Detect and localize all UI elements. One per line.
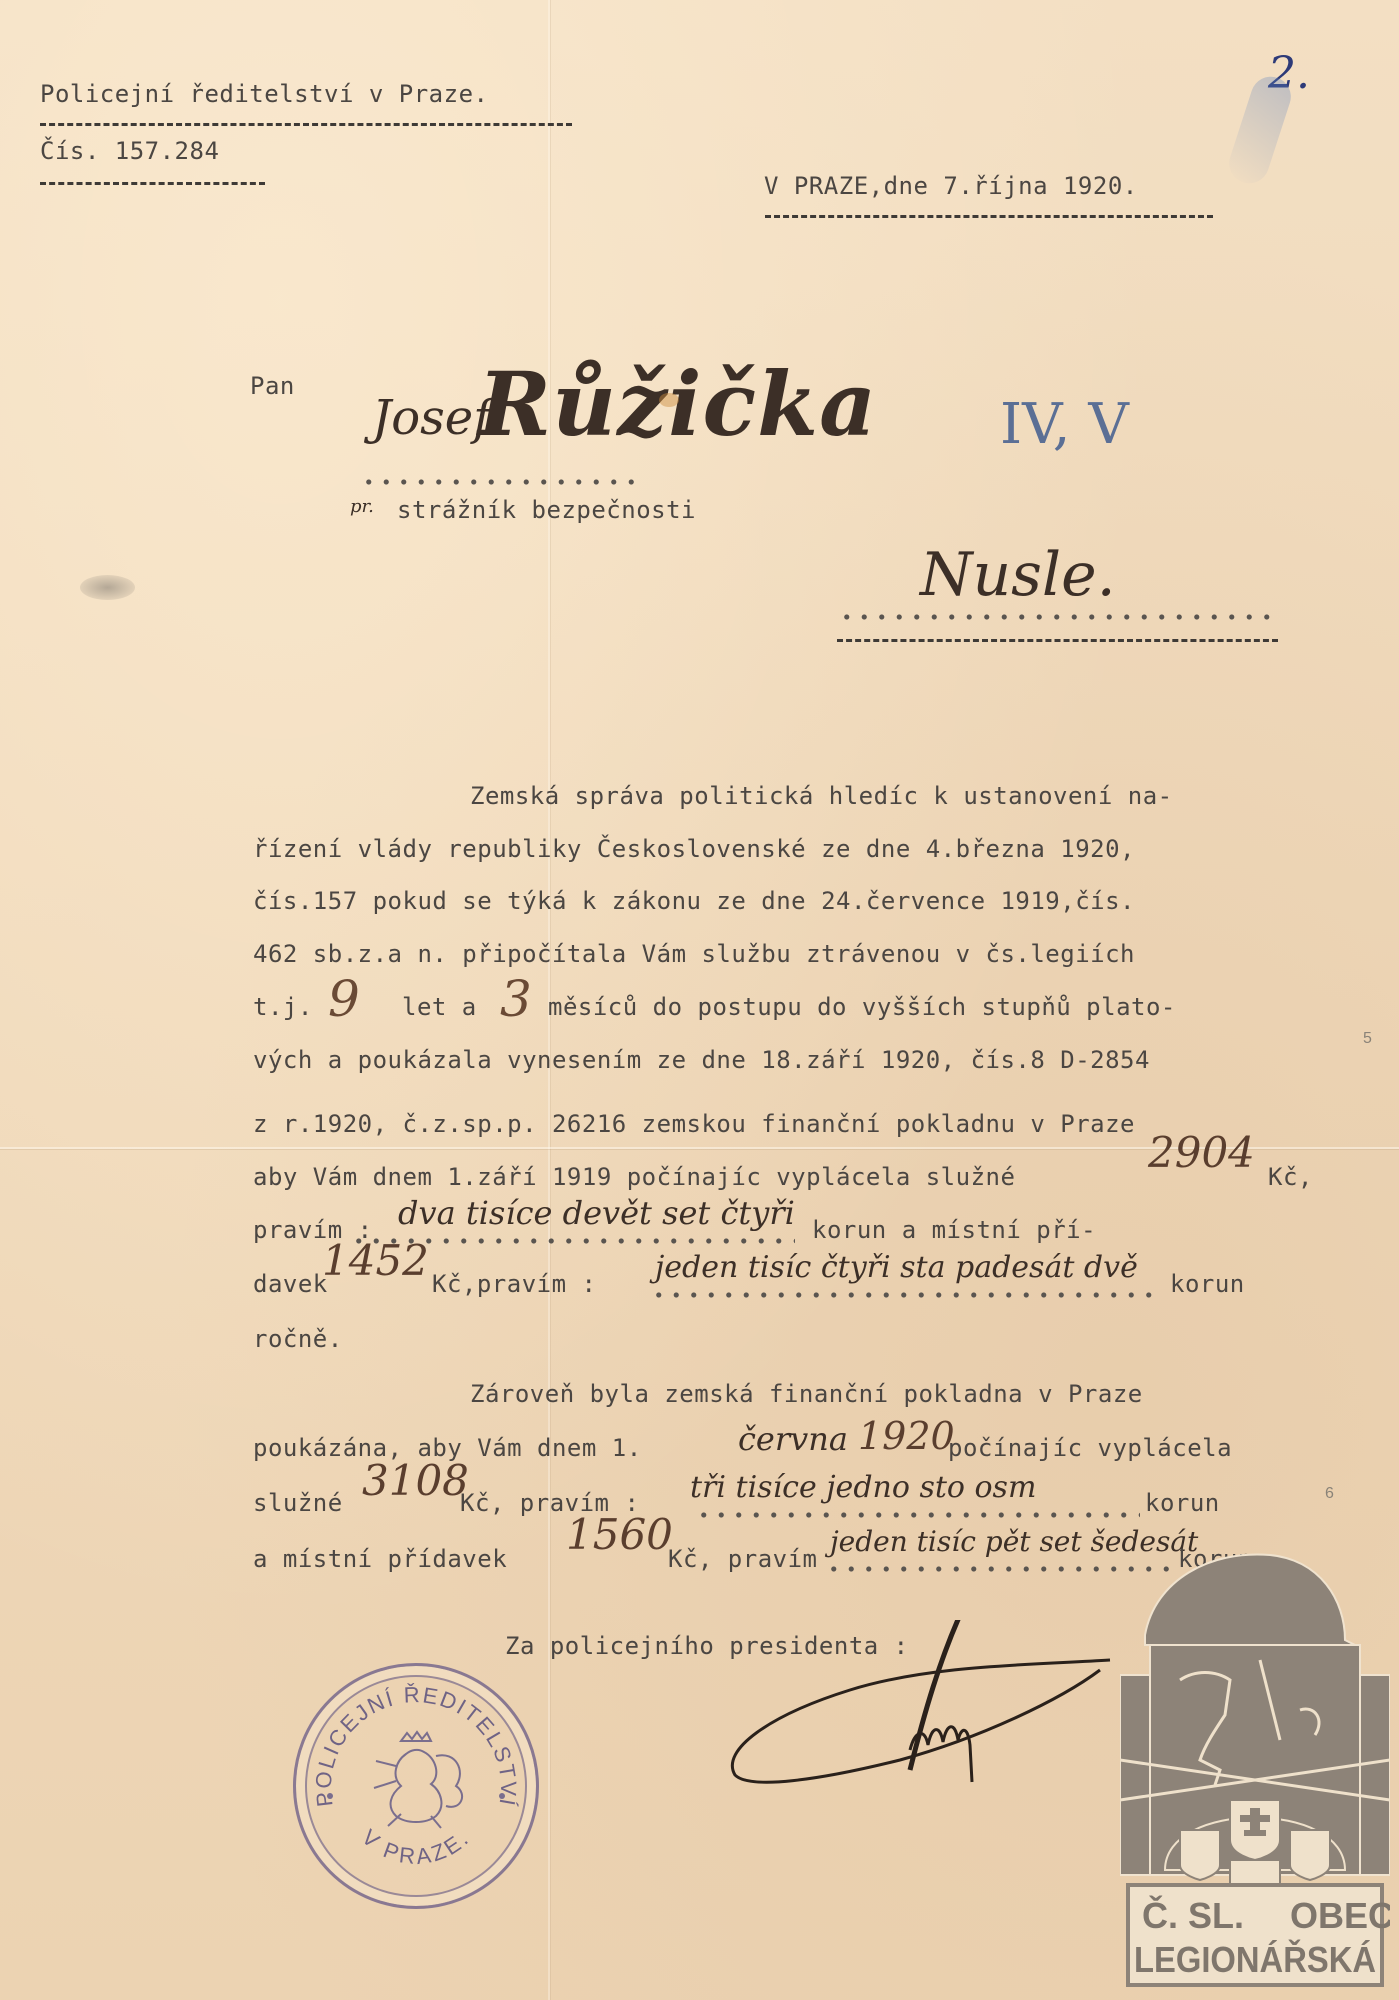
reference-number: Čís. 157.284: [40, 137, 219, 165]
stamp-top-text: POLICEJNÍ ŘEDITELSTVÍ: [311, 1682, 522, 1809]
roman-annotation: IV, V: [1000, 392, 1129, 457]
body-line-prefix: a místní přídavek: [253, 1545, 507, 1573]
body-line-suffix: počínajíc vyplácela: [948, 1434, 1232, 1462]
years-handwritten: 9: [328, 970, 360, 1028]
signature-scribble: [700, 1620, 1120, 1800]
logo-text-obec: OBEC: [1290, 1895, 1390, 1936]
salutation: Pan: [250, 372, 295, 400]
stamp-bottom-text: V PRAZE.: [357, 1824, 475, 1869]
first-name: Josef: [372, 390, 491, 446]
body-line: čís.157 pokud se týká k zákonu ze dne 24…: [253, 887, 1135, 915]
allowance-amount-1920: 1560: [566, 1510, 673, 1559]
prefix-note: pr.: [350, 496, 374, 517]
salary-words-1919: dva tisíce devět set čtyři: [398, 1194, 795, 1232]
start-month-handwritten: června: [738, 1420, 848, 1458]
allowance-words-1919: jeden tisíc čtyři sta padesát dvě: [655, 1250, 1138, 1285]
place-date: V PRAZE,dne 7.října 1920.: [764, 172, 1138, 200]
body-line: Zemská správa politická hledíc k ustanov…: [470, 782, 1173, 810]
surname: Růžička: [478, 352, 877, 456]
body-line: řízení vlády republiky Československé ze…: [253, 835, 1135, 863]
body-line: ročně.: [253, 1325, 343, 1353]
body-line-suffix: korun: [1170, 1270, 1245, 1298]
svg-text:V PRAZE.: V PRAZE.: [357, 1824, 475, 1869]
start-year-handwritten: 1920: [858, 1414, 955, 1458]
body-line-suffix: Kč,: [1268, 1163, 1313, 1191]
salary-amount-1920: 3108: [362, 1456, 469, 1505]
body-line-text: let a: [402, 993, 477, 1021]
body-line: vých a poukázala vynesením ze dne 18.zář…: [253, 1046, 1150, 1074]
underline-rule: [765, 215, 1213, 221]
months-handwritten: 3: [500, 970, 532, 1028]
underline-rule: [40, 123, 572, 129]
body-line: Zároveň byla zemská finanční pokladna v …: [470, 1380, 1143, 1408]
salary-words-1920: tři tisíce jedno sto osm: [690, 1470, 1036, 1505]
body-line-text: měsíců do postupu do vyšších stupňů plat…: [548, 993, 1176, 1021]
svg-text:POLICEJNÍ ŘEDITELSTVÍ: POLICEJNÍ ŘEDITELSTVÍ: [311, 1682, 522, 1809]
allowance-amount-1919: 1452: [322, 1236, 429, 1285]
dotted-fill-line: [695, 1512, 1140, 1518]
ink-smudge: [1224, 72, 1296, 189]
dotted-fill-line: [825, 1566, 1170, 1572]
office-name: Policejní ředitelství v Praze.: [40, 80, 488, 108]
salary-amount-1919: 2904: [1148, 1128, 1255, 1177]
margin-note: 6: [1325, 1485, 1334, 1503]
ink-smudge: [80, 575, 135, 600]
body-line-prefix: davek: [253, 1270, 328, 1298]
body-line: z r.1920, č.z.sp.p. 26216 zemskou finanč…: [253, 1110, 1135, 1138]
rank: strážník bezpečnosti: [397, 496, 696, 524]
logo-text-legionarska: LEGIONÁŘSKÁ: [1134, 1938, 1376, 1980]
stain: [659, 393, 679, 407]
body-line-prefix: služné: [253, 1489, 343, 1517]
location: Nusle.: [920, 540, 1116, 610]
underline-rule: [40, 182, 265, 188]
lion-emblem-icon: [374, 1732, 462, 1828]
underline-rule: [837, 639, 1278, 645]
body-line-prefix: t.j.: [253, 993, 313, 1021]
margin-note: 5: [1363, 1030, 1372, 1048]
body-line: 462 sb.z.a n. připočítala Vám službu ztr…: [253, 940, 1135, 968]
body-line-suffix: korun: [1145, 1489, 1220, 1517]
body-line-text: Kč,pravím :: [432, 1270, 596, 1298]
dotted-fill-line: [650, 1292, 1158, 1298]
body-line-prefix: aby Vám dnem 1.září 1919 počínajíc vyplá…: [253, 1163, 1015, 1191]
body-line-text: Kč, pravím: [668, 1545, 818, 1573]
dotted-fill-line: [360, 479, 642, 485]
body-line-suffix: korun a místní pří-: [812, 1216, 1096, 1244]
police-stamp: POLICEJNÍ ŘEDITELSTVÍ V PRAZE.: [293, 1663, 539, 1909]
dotted-fill-line: [838, 614, 1278, 620]
logo-text-cs: Č. SL.: [1142, 1894, 1244, 1936]
legion-watermark-logo: Č. SL. OBEC LEGIONÁŘSKÁ: [1120, 1530, 1390, 1990]
